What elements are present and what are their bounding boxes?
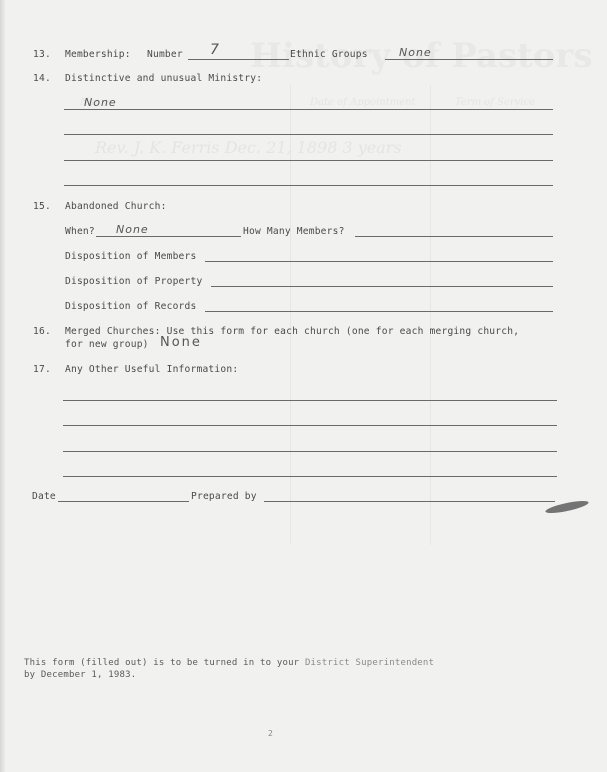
merged-churches-value: None (160, 337, 202, 349)
other-info-line-3[interactable] (63, 451, 557, 452)
membership-number-value: 7 (210, 44, 220, 56)
item16-label-line2: for new group) (65, 339, 149, 351)
footer-line-1-faded: District Superintendent (305, 658, 434, 668)
when-value: None (116, 224, 149, 236)
item16-number: 16. (33, 326, 51, 338)
footer-line-2: by December 1, 1983. (24, 669, 136, 681)
disposition-members-label: Disposition of Members (65, 251, 196, 263)
when-field[interactable]: None (96, 223, 241, 237)
item16-label-line1: Merged Churches: Use this form for each … (65, 326, 519, 338)
ethnic-groups-value: None (399, 47, 432, 59)
ministry-line-2[interactable] (64, 134, 553, 135)
footer-line-1-main: This form (filled out) is to be turned i… (24, 658, 299, 668)
item17-label: Any Other Useful Information: (65, 364, 238, 376)
ministry-line-1[interactable]: None (64, 96, 553, 110)
prepared-by-label: Prepared by (191, 491, 257, 503)
ministry-line-4[interactable] (64, 185, 553, 186)
item15-number: 15. (33, 201, 51, 213)
other-info-line-1[interactable] (63, 400, 557, 401)
date-field[interactable] (58, 501, 189, 502)
other-info-line-4[interactable] (63, 476, 557, 477)
item14-number: 14. (33, 73, 51, 85)
disposition-property-field[interactable] (211, 286, 553, 287)
how-many-members-field[interactable] (355, 223, 553, 237)
ministry-line-3[interactable] (64, 160, 553, 161)
ministry-value: None (84, 97, 117, 109)
item13-number: 13. (33, 49, 51, 61)
other-info-line-2[interactable] (63, 425, 557, 426)
disposition-records-field[interactable] (205, 311, 553, 312)
disposition-property-label: Disposition of Property (65, 276, 202, 288)
item15-label: Abandoned Church: (65, 201, 167, 213)
disposition-members-field[interactable] (205, 261, 553, 262)
date-label: Date (32, 491, 56, 503)
prepared-by-field[interactable] (264, 501, 555, 502)
disposition-records-label: Disposition of Records (65, 301, 196, 313)
when-label: When? (65, 226, 95, 238)
item17-number: 17. (33, 364, 51, 376)
ethnic-groups-label: Ethnic Groups (290, 49, 368, 61)
membership-number-label: Number (147, 49, 183, 61)
item13-label: Membership: (65, 49, 131, 61)
membership-number-field[interactable]: 7 (188, 46, 289, 60)
bleed-through-row: Rev. J. K. Ferris Dec. 21, 1898 3 years (95, 138, 402, 157)
page-edge-shadow (0, 0, 6, 772)
footer-line-1: This form (filled out) is to be turned i… (24, 657, 434, 669)
how-many-members-label: How Many Members? (243, 226, 345, 238)
ethnic-groups-field[interactable]: None (385, 46, 553, 60)
page-mark: 2 (268, 728, 273, 740)
item14-label: Distinctive and unusual Ministry: (65, 73, 262, 85)
